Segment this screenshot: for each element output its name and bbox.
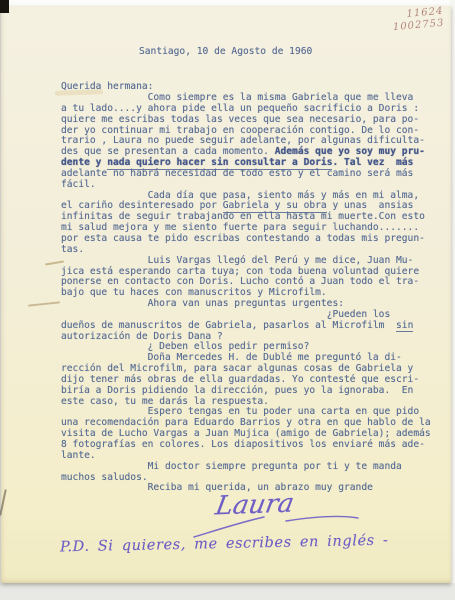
letter-line: adelante no habrá necesidad de todo esto…: [61, 169, 453, 180]
text-segment: ¿Pueden los: [327, 309, 391, 320]
text-segment: dijo tener más obras de ella guardadas. …: [61, 374, 419, 385]
letter-line: por esta causa te pido escribas contesta…: [61, 234, 453, 245]
text-segment: der yo continuar mi trabajo en cooperaci…: [61, 125, 419, 136]
letter-line: Ahora van unas preguntas urgentes:: [61, 299, 453, 310]
text-segment: 8 fotografías en colores. Los diapositiv…: [61, 439, 425, 450]
scratch-mark: [0, 489, 7, 516]
text-segment: mi salud mejora y me siento fuerte para …: [61, 222, 419, 233]
scratch-mark: [28, 301, 60, 306]
text-segment: Luis Vargas llegó del Perú y me dice, Ju…: [148, 255, 414, 266]
underlined-text: sin: [396, 320, 413, 333]
text-segment: rección del Microfilm, para sacar alguna…: [61, 363, 413, 374]
text-segment: visita de Lucho Vargas a Juan Mujica (am…: [61, 428, 431, 439]
text-segment: quiere me escribas todas las veces que s…: [61, 114, 419, 125]
letter-line: 8 fotografías en colores. Los diapositiv…: [61, 440, 453, 451]
text-segment: adelante no habrá necesidad de todo esto…: [61, 168, 413, 179]
text-segment: dente y: [61, 157, 107, 168]
text-segment: por esta causa te pido escribas contesta…: [61, 233, 425, 244]
salutation: Querida hermana:: [61, 81, 153, 92]
text-segment: des que se presentan a cada momento.: [61, 146, 275, 157]
text-segment: Espero tengas en tu poder una carta en q…: [148, 406, 419, 417]
text-segment: trario , Laura no puede seguir adelante,…: [61, 135, 425, 146]
text-segment: infinitas de seguir trabajando en ella h…: [61, 211, 425, 222]
text-segment: jica está esperando carta tuya; con toda…: [61, 266, 419, 277]
text-segment: fácil.: [61, 179, 96, 190]
text-segment: bajo que tu haces con manuscritos y Micr…: [61, 287, 327, 298]
archival-numbers: 11624 1002753: [389, 6, 445, 35]
text-segment: lante.: [61, 450, 96, 461]
text-segment: tas.: [61, 244, 84, 255]
text-segment: muchos saludos.: [61, 472, 148, 483]
text-segment: este caso, tu me darás la respuesta.: [61, 396, 269, 407]
text-segment: Mi doctor siempre pregunta por ti y te m…: [148, 461, 402, 472]
text-segment: autorización de Doris Dana ?: [61, 331, 223, 342]
text-segment: biría a Doris pidiendo la dirección, pue…: [61, 385, 413, 396]
text-segment: Doña Mercedes H. de Dublé me preguntó la…: [148, 352, 402, 363]
scan-corner-mark: [0, 0, 9, 13]
scanned-letter-page: { "document": { "archival_numbers": ["11…: [0, 0, 455, 600]
text-segment: y unas ansias: [327, 200, 414, 211]
text-segment: Cada día que pasa, siento más y más en m…: [148, 190, 419, 201]
text-segment: a tu lado....y ahora pide ella un pequeñ…: [61, 103, 419, 114]
text-segment: el cariño desinteresado por: [61, 200, 223, 211]
signature-handwritten: Laura: [213, 489, 296, 522]
text-segment: una recomendación para Eduardo Barrios y…: [61, 417, 431, 428]
text-segment: Como siempre es la misma Gabriela que me…: [148, 92, 414, 103]
text-segment: . Tal vez más: [332, 157, 413, 168]
date-line: Santiago, 10 de Agosto de 1960: [139, 46, 312, 57]
text-segment: dueños de manuscritos de Gabriela, pasar…: [61, 320, 396, 331]
text-segment: Además que yo soy muy pru-: [275, 146, 425, 157]
text-segment: ponerse en contacto con Doris. Lucho con…: [61, 276, 419, 287]
text-segment: Ahora van unas preguntas urgentes:: [148, 298, 344, 309]
letter-body: Como siempre es la misma Gabriela que me…: [61, 93, 453, 494]
text-segment: ¿ Deben ellos pedir permiso?: [148, 341, 310, 352]
